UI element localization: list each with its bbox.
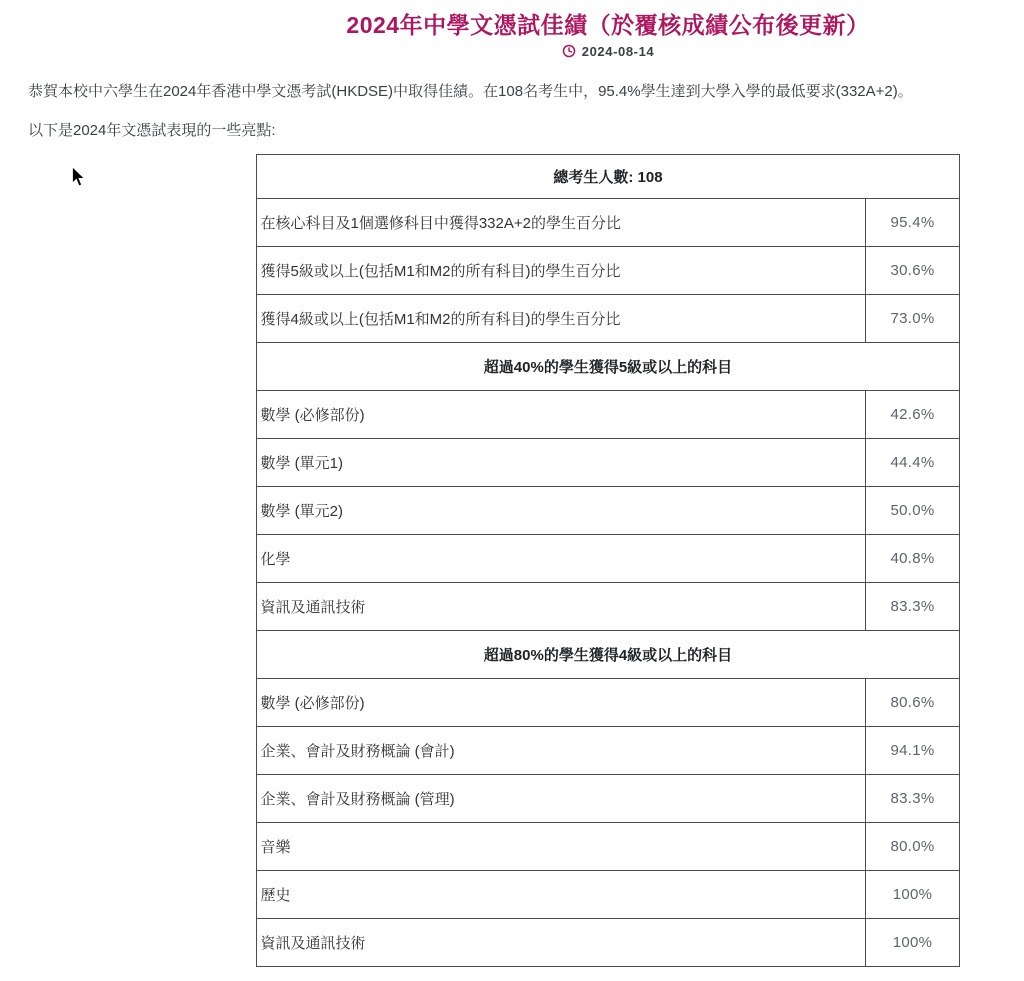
table-row: 數學 (單元1)44.4%	[257, 439, 959, 487]
subject-label: 化學	[257, 535, 866, 583]
subject-label: 資訊及通訊技術	[257, 583, 866, 631]
highlights-label: 以下是2024年文憑試表現的一些亮點:	[28, 122, 1024, 140]
percentage-value: 100%	[866, 919, 959, 967]
subject-label: 資訊及通訊技術	[257, 919, 866, 967]
percentage-value: 40.8%	[866, 535, 959, 583]
percentage-value: 50.0%	[866, 487, 959, 535]
percentage-value: 30.6%	[866, 247, 959, 295]
subject-label: 獲得4級或以上(包括M1和M2的所有科目)的學生百分比	[257, 295, 866, 343]
subject-label: 音樂	[257, 823, 866, 871]
section-title: 總考生人數: 108	[257, 155, 959, 199]
table-row: 獲得4級或以上(包括M1和M2的所有科目)的學生百分比73.0%	[257, 295, 959, 343]
subject-label: 企業、會計及財務概論 (會計)	[257, 727, 866, 775]
section-header-row: 超過80%的學生獲得4級或以上的科目	[257, 631, 959, 679]
percentage-value: 83.3%	[866, 583, 959, 631]
page-title: 2024年中學文憑試佳績（於覆核成績公布後更新）	[28, 12, 1024, 38]
percentage-value: 80.6%	[866, 679, 959, 727]
clock-icon	[562, 44, 576, 58]
subject-label: 數學 (必修部份)	[257, 391, 866, 439]
section-header-row: 超過40%的學生獲得5級或以上的科目	[257, 343, 959, 391]
percentage-value: 83.3%	[866, 775, 959, 823]
table-row: 在核心科目及1個選修科目中獲得332A+2的學生百分比95.4%	[257, 199, 959, 247]
subject-label: 歷史	[257, 871, 866, 919]
subject-label: 企業、會計及財務概論 (管理)	[257, 775, 866, 823]
intro-paragraph: 恭賀本校中六學生在2024年香港中學文憑考試(HKDSE)中取得佳績。在108名…	[28, 83, 1024, 101]
percentage-value: 80.0%	[866, 823, 959, 871]
table-row: 數學 (必修部份)42.6%	[257, 391, 959, 439]
publish-date-row: 2024-08-14	[28, 42, 1024, 60]
table-row: 資訊及通訊技術83.3%	[257, 583, 959, 631]
table-row: 數學 (單元2)50.0%	[257, 487, 959, 535]
table-row: 數學 (必修部份)80.6%	[257, 679, 959, 727]
subject-label: 數學 (單元2)	[257, 487, 866, 535]
section-header-row: 總考生人數: 108	[257, 155, 959, 199]
results-table: 總考生人數: 108在核心科目及1個選修科目中獲得332A+2的學生百分比95.…	[256, 154, 959, 967]
subject-label: 在核心科目及1個選修科目中獲得332A+2的學生百分比	[257, 199, 866, 247]
percentage-value: 44.4%	[866, 439, 959, 487]
section-title: 超過40%的學生獲得5級或以上的科目	[257, 343, 959, 391]
results-table-body: 總考生人數: 108在核心科目及1個選修科目中獲得332A+2的學生百分比95.…	[257, 155, 959, 967]
percentage-value: 73.0%	[866, 295, 959, 343]
subject-label: 數學 (必修部份)	[257, 679, 866, 727]
article-content: 2024年中學文憑試佳績（於覆核成績公布後更新） 2024-08-14 恭賀本校…	[28, 12, 1024, 967]
table-row: 資訊及通訊技術100%	[257, 919, 959, 967]
table-row: 獲得5級或以上(包括M1和M2的所有科目)的學生百分比30.6%	[257, 247, 959, 295]
percentage-value: 95.4%	[866, 199, 959, 247]
publish-date: 2024-08-14	[582, 44, 655, 59]
percentage-value: 94.1%	[866, 727, 959, 775]
percentage-value: 100%	[866, 871, 959, 919]
table-row: 音樂80.0%	[257, 823, 959, 871]
table-row: 企業、會計及財務概論 (會計)94.1%	[257, 727, 959, 775]
subject-label: 獲得5級或以上(包括M1和M2的所有科目)的學生百分比	[257, 247, 866, 295]
percentage-value: 42.6%	[866, 391, 959, 439]
subject-label: 數學 (單元1)	[257, 439, 866, 487]
table-row: 企業、會計及財務概論 (管理)83.3%	[257, 775, 959, 823]
section-title: 超過80%的學生獲得4級或以上的科目	[257, 631, 959, 679]
table-row: 歷史100%	[257, 871, 959, 919]
table-row: 化學40.8%	[257, 535, 959, 583]
